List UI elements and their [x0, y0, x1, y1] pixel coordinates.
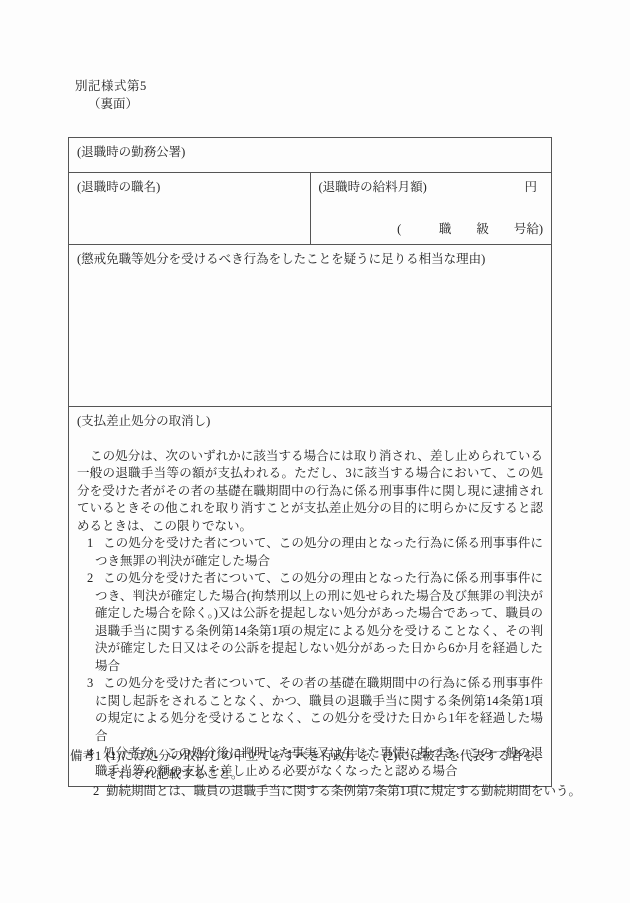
remark-1-line-1: (1)には処分の取消しの申立てをすべき行政庁を、(2)には被告を代表する者を、: [106, 749, 547, 763]
remark-1-body: (1)には処分の取消しの申立てをすべき行政庁を、(2)には被告を代表する者を、 …: [106, 748, 590, 783]
cancellation-paragraph: この処分は、次のいずれかに該当する場合には取り消され、差し止められている一般の退…: [77, 448, 543, 536]
remark-2: 2 勤続期間とは、職員の退職手当に関する条例第7条第1項に規定する勤続期間をいう…: [70, 783, 590, 801]
cancellation-heading: (支払差止処分の取消し): [77, 413, 543, 431]
remark-1: 備考1 (1)には処分の取消しの申立てをすべき行政庁を、(2)には被告を代表する…: [70, 748, 590, 783]
office-cell: (退職時の勤務公署): [69, 138, 552, 173]
reason-label: (懲戒免職等処分を受けるべき行為をしたことを疑うに足りる相当な理由): [77, 252, 485, 266]
list-item: 1この処分を受けた者について、この処分の理由となった行為に係る刑事事件につき無罪…: [77, 535, 543, 570]
salary-cell: (退職時の給料月額) 円 ( 職 級 号給): [310, 173, 552, 245]
office-label: (退職時の勤務公署): [77, 145, 185, 159]
salary-top-line: (退職時の給料月額) 円: [319, 179, 544, 197]
item-number: 3: [87, 675, 103, 693]
list-item: 3この処分を受けた者について、その者の基礎在職期間中の行為に係る刑事事件に関し起…: [77, 675, 543, 745]
form-number-label: 別記様式第5: [75, 78, 147, 96]
item-number: 1: [87, 535, 103, 553]
form-table: (退職時の勤務公署) (退職時の職名) (退職時の給料月額) 円 ( 職 級 号…: [68, 137, 552, 787]
salary-unit-yen: 円: [524, 179, 543, 197]
item-text: この処分を受けた者について、この処分の理由となった行為に係る刑事事件につき無罪の…: [95, 536, 543, 568]
reason-cell: (懲戒免職等処分を受けるべき行為をしたことを疑うに足りる相当な理由): [69, 245, 552, 407]
remark-2-text: 勤続期間とは、職員の退職手当に関する条例第7条第1項に規定する勤続期間をいう。: [106, 783, 590, 801]
remarks-section: 備考1 (1)には処分の取消しの申立てをすべき行政庁を、(2)には被告を代表する…: [70, 748, 590, 801]
item-text: この処分を受けた者について、その者の基礎在職期間中の行為に係る刑事事件に関し起訴…: [95, 676, 543, 743]
table-row: (支払差止処分の取消し) この処分は、次のいずれかに該当する場合には取り消され、…: [69, 407, 552, 787]
table-row: (退職時の勤務公署): [69, 138, 552, 173]
table-row: (退職時の職名) (退職時の給料月額) 円 ( 職 級 号給): [69, 173, 552, 245]
item-number: 2: [87, 570, 103, 588]
salary-label: (退職時の給料月額): [319, 179, 427, 197]
remark-2-label: 2: [70, 783, 106, 801]
form-side-label: （裏面）: [88, 96, 138, 114]
table-row: (懲戒免職等処分を受けるべき行為をしたことを疑うに足りる相当な理由): [69, 245, 552, 407]
job-title-cell: (退職時の職名): [69, 173, 311, 245]
job-title-label: (退職時の職名): [77, 180, 160, 194]
salary-grade-line: ( 職 級 号給): [319, 221, 544, 239]
list-item: 2この処分を受けた者について、この処分の理由となった行為に係る刑事事件につき、判…: [77, 570, 543, 675]
item-text: この処分を受けた者について、この処分の理由となった行為に係る刑事事件につき、判決…: [95, 571, 543, 673]
form-page: 別記様式第5 （裏面） (退職時の勤務公署) (退職時の職名) (退職時の給料月…: [0, 0, 630, 903]
remark-1-label: 備考1: [70, 748, 106, 783]
cancellation-cell: (支払差止処分の取消し) この処分は、次のいずれかに該当する場合には取り消され、…: [69, 407, 552, 787]
remark-1-line-2: それぞれ記載すること。: [106, 767, 244, 781]
